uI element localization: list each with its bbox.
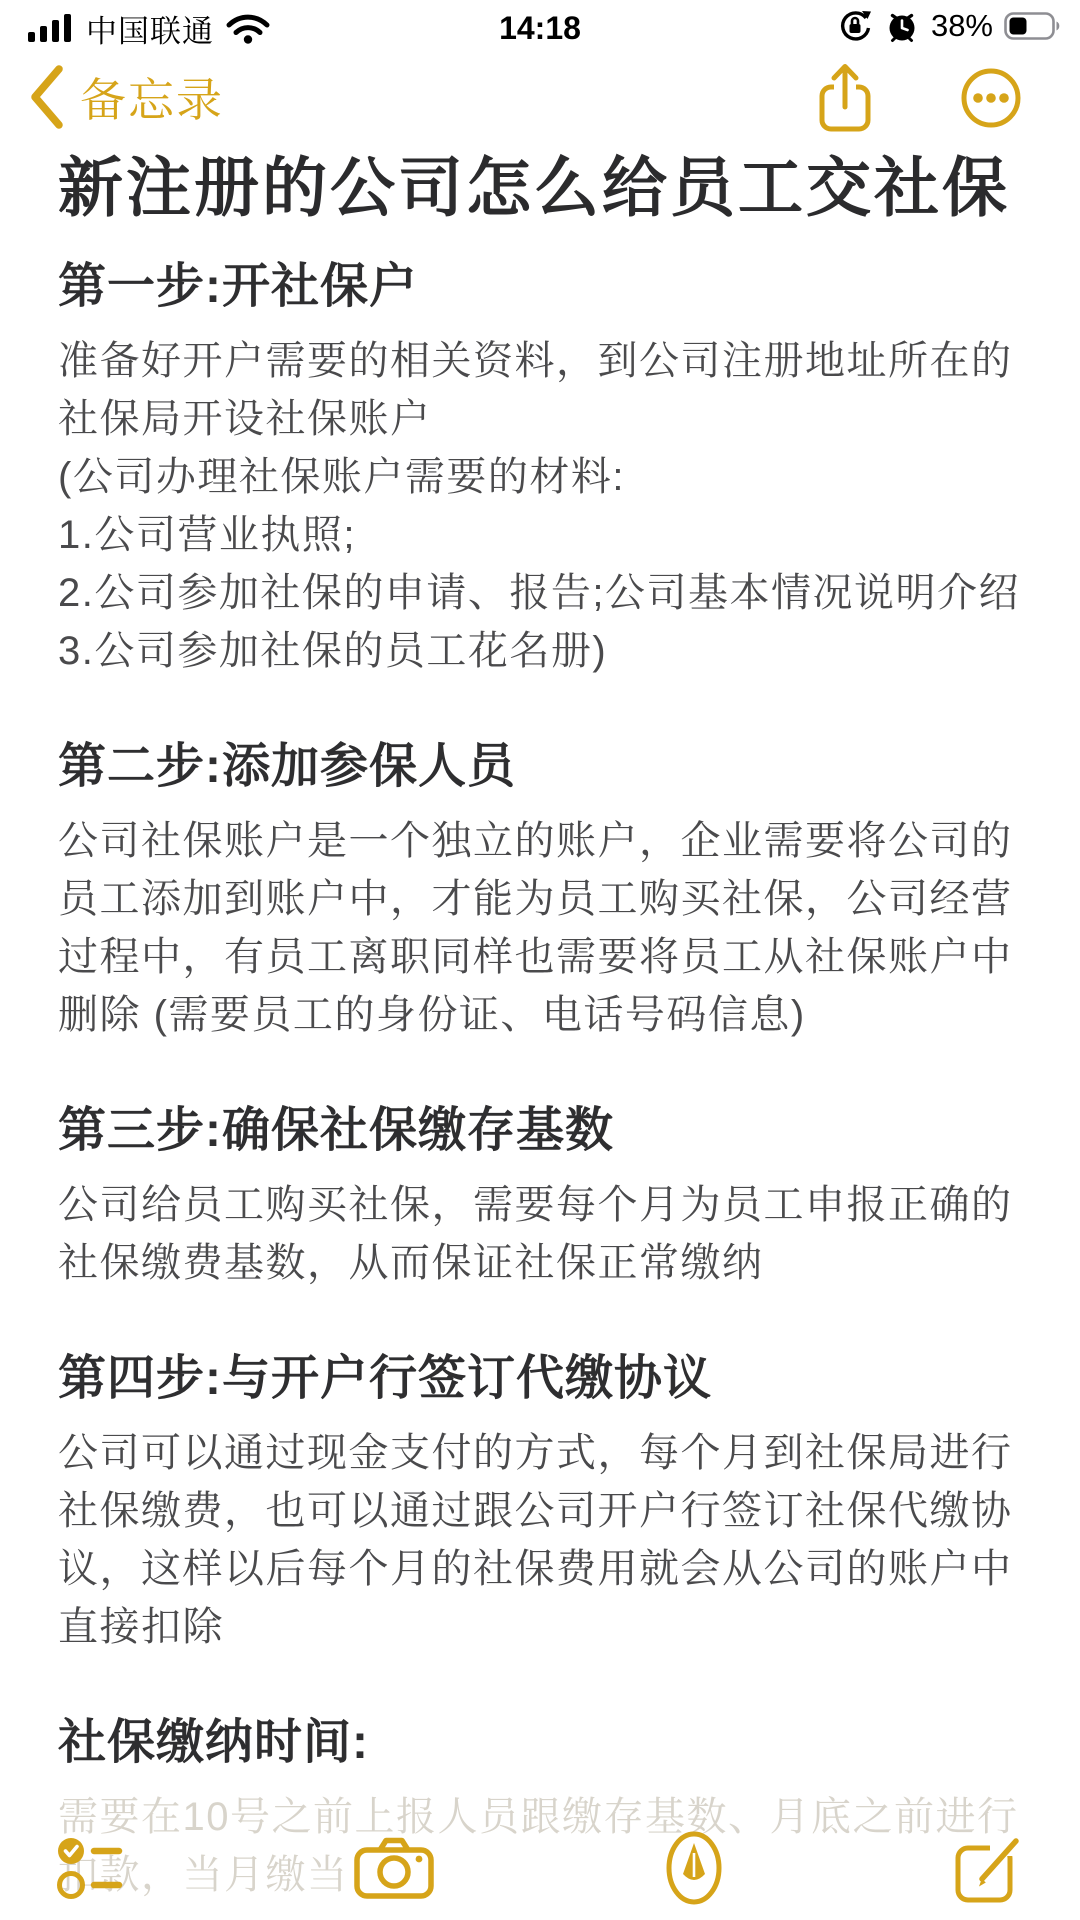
checklist-button[interactable] bbox=[56, 1833, 124, 1903]
section-paragraph: 公司可以通过现金支付的方式，每个月到社保局进行社保缴费，也可以通过跟公司开户行签… bbox=[58, 1424, 1022, 1656]
section-heading: 第二步:添加参保人员 bbox=[58, 736, 1022, 798]
section-heading: 第一步:开社保户 bbox=[58, 256, 1022, 318]
rotation-lock-icon bbox=[837, 8, 873, 44]
more-button[interactable] bbox=[960, 67, 1022, 129]
note-section-2: 第二步:添加参保人员 公司社保账户是一个独立的账户，企业需要将公司的员工添加到账… bbox=[58, 736, 1022, 1044]
checklist-icon bbox=[56, 1833, 124, 1903]
note-section-4: 第四步:与开户行签订代缴协议 公司可以通过现金支付的方式，每个月到社保局进行社保… bbox=[58, 1348, 1022, 1656]
battery-percent-label: 38% bbox=[931, 8, 993, 44]
camera-button[interactable] bbox=[354, 1836, 434, 1900]
section-paragraph: 公司社保账户是一个独立的账户，企业需要将公司的员工添加到账户中，才能为员工购买社… bbox=[58, 812, 1022, 1044]
section-heading: 第四步:与开户行签订代缴协议 bbox=[58, 1348, 1022, 1410]
compose-button[interactable] bbox=[954, 1832, 1024, 1904]
back-label: 备忘录 bbox=[80, 64, 224, 130]
markup-pen-icon bbox=[664, 1829, 724, 1907]
share-icon bbox=[816, 61, 874, 135]
more-ellipsis-icon bbox=[960, 67, 1022, 129]
section-paragraph: 1.公司营业执照; bbox=[58, 506, 1022, 564]
section-paragraph: 公司给员工购买社保，需要每个月为员工申报正确的社保缴费基数，从而保证社保正常缴纳 bbox=[58, 1176, 1022, 1292]
markup-button[interactable] bbox=[664, 1829, 724, 1907]
note-content[interactable]: 新注册的公司怎么给员工交社保 第一步:开社保户 准备好开户需要的相关资料，到公司… bbox=[58, 150, 1022, 1904]
share-button[interactable] bbox=[816, 61, 874, 135]
note-section-1: 第一步:开社保户 准备好开户需要的相关资料，到公司注册地址所在的社保局开设社保账… bbox=[58, 256, 1022, 680]
section-heading: 第三步:确保社保缴存基数 bbox=[58, 1100, 1022, 1162]
status-bar: 中国联通 14:18 bbox=[0, 0, 1080, 56]
back-chevron-icon bbox=[28, 64, 64, 130]
battery-icon bbox=[1004, 12, 1062, 40]
section-paragraph: 2.公司参加社保的申请、报告;公司基本情况说明介绍 bbox=[58, 564, 1022, 622]
compose-icon bbox=[954, 1832, 1024, 1904]
alarm-icon bbox=[884, 8, 920, 44]
section-paragraph: 3.公司参加社保的员工花名册) bbox=[58, 622, 1022, 680]
note-section-3: 第三步:确保社保缴存基数 公司给员工购买社保，需要每个月为员工申报正确的社保缴费… bbox=[58, 1100, 1022, 1292]
camera-icon bbox=[354, 1836, 434, 1900]
nav-bar: 备忘录 bbox=[0, 58, 1080, 138]
section-paragraph: 准备好开户需要的相关资料，到公司注册地址所在的社保局开设社保账户 bbox=[58, 332, 1022, 448]
back-button[interactable]: 备忘录 bbox=[28, 64, 224, 130]
note-title: 新注册的公司怎么给员工交社保 bbox=[58, 150, 1022, 226]
bottom-toolbar bbox=[0, 1816, 1080, 1920]
section-paragraph: (公司办理社保账户需要的材料: bbox=[58, 448, 1022, 506]
section-heading: 社保缴纳时间: bbox=[58, 1712, 1022, 1774]
